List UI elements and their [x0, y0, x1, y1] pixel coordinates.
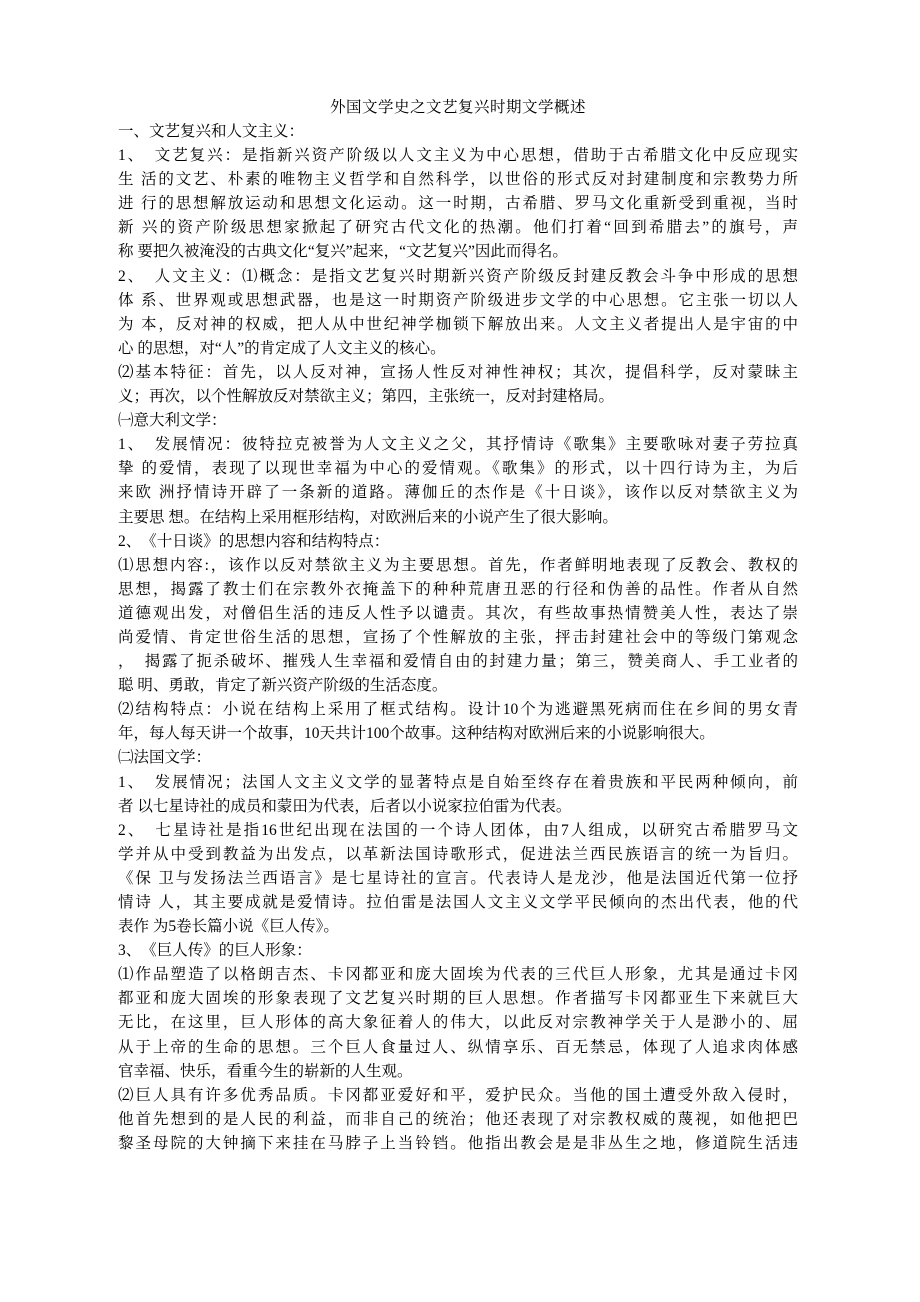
text-line: 心 的思想，对“人”的肯定成了人文主义的核心。	[118, 337, 798, 361]
text-line: 聪 明、勇敢，肯定了新兴资产阶级的生活态度。	[118, 674, 798, 698]
text-line: 都亚和庞大固埃的形象表现了文艺复兴时期的巨人思想。作者描写卡冈都亚生下来就巨大	[118, 987, 798, 1011]
text-line: 官幸福、快乐，看重今生的崭新的人生观。	[118, 1060, 798, 1084]
text-line: 思想，揭露了教士们在宗教外衣掩盖下的种种荒唐丑恶的行径和伪善的品性。作者从自然	[118, 578, 798, 602]
text-line: 3、 《巨人传》的巨人形象：	[118, 939, 798, 963]
text-line: 2、 人文主义：⑴概念：是指文艺复兴时期新兴资产阶级反封建反教会斗争中形成的思想	[118, 265, 798, 289]
text-line: 来欧 洲抒情诗开辟了一条新的道路。薄伽丘的杰作是《十日谈》，该作以反对禁欲主义为	[118, 481, 798, 505]
text-line: 1、 文艺复兴：是指新兴资产阶级以人文主义为中心思想，借助于古希腊文化中反应现实	[118, 144, 798, 168]
text-line: 1、 发展情况；法国人文主义文学的显著特点是自始至终存在着贵族和平民两种倾向，前	[118, 771, 798, 795]
text-line: 新 兴的资产阶级思想家掀起了研究古代文化的热潮。他们打着“回到希腊去”的旗号，声	[118, 216, 798, 240]
text-line: 年，每人每天讲一个故事，10天共计100个故事。这种结构对欧洲后来的小说影响很大…	[118, 722, 798, 746]
text-line: 2、 七星诗社是指16世纪出现在法国的一个诗人团体，由7人组成，以研究古希腊罗马…	[118, 819, 798, 843]
text-line: 从于上帝的生命的思想。三个巨人食量过人、纵情享乐、百无禁忌，体现了人追求肉体感	[118, 1036, 798, 1060]
text-line: 他首先想到的是人民的利益，而非自己的统治；他还表现了对宗教权威的蔑视，如他把巴	[118, 1108, 798, 1132]
text-line: 尚爱情、肯定世俗生活的思想，宣扬了个性解放的主张，抨击封建社会中的等级门第观念	[118, 626, 798, 650]
document-body: 一、文艺复兴和人文主义：1、 文艺复兴：是指新兴资产阶级以人文主义为中心思想，借…	[118, 120, 798, 1156]
text-line: 进 行的思想解放运动和思想文化运动。这一时期，古希腊、罗马文化重新受到重视，当时	[118, 192, 798, 216]
text-line: 生 活的文艺、朴素的唯物主义哲学和自然科学，以世俗的形式反对封建制度和宗教势力所	[118, 168, 798, 192]
text-line: 情诗 人，其主要成就是爱情诗。拉伯雷是法国人文主义文学平民倾向的杰出代表，他的代	[118, 891, 798, 915]
text-line: 挚 的爱情，表现了以现世幸福为中心的爱情观。《歌集》的形式，以十四行诗为主，为后	[118, 457, 798, 481]
text-line: 《保 卫与发扬法兰西语言》是七星诗社的宣言。代表诗人是龙沙，他是法国近代第一位抒	[118, 867, 798, 891]
text-line: 2、 《十日谈》的思想内容和结构特点：	[118, 530, 798, 554]
text-line: 主要思 想。在结构上采用框形结构，对欧洲后来的小说产生了很大影响。	[118, 506, 798, 530]
text-line: 一、文艺复兴和人文主义：	[118, 120, 798, 144]
text-line: ㈠意大利文学：	[118, 409, 798, 433]
text-line: 者 以七星诗社的成员和蒙田为代表，后者以小说家拉伯雷为代表。	[118, 795, 798, 819]
text-line: 无比，在这里，巨人形体的高大象征着人的伟大，以此反对宗教神学关于人是渺小的、屈	[118, 1011, 798, 1035]
text-line: ⑴作品塑造了以格朗吉杰、卡冈都亚和庞大固埃为代表的三代巨人形象，尤其是通过卡冈	[118, 963, 798, 987]
text-line: ⑴思想内容:，该作以反对禁欲主义为主要思想。首先，作者鲜明地表现了反教会、教权的	[118, 554, 798, 578]
text-line: 学并从中受到教益为出发点，以革新法国诗歌形式，促进法兰西民族语言的统一为旨归。	[118, 843, 798, 867]
text-line: 1、 发展情况：彼特拉克被誉为人文主义之父，其抒情诗《歌集》主要歌咏对妻子劳拉真	[118, 433, 798, 457]
text-line: 义；再次，以个性解放反对禁欲主义；第四，主张统一，反对封建格局。	[118, 385, 798, 409]
text-line: 称 要把久被淹没的古典文化“复兴”起来，“文艺复兴”因此而得名。	[118, 240, 798, 264]
text-line: ⑵巨人具有许多优秀品质。卡冈都亚爱好和平，爱护民众。当他的国土遭受外敌入侵时，	[118, 1084, 798, 1108]
text-line: 体 系、世界观或思想武器，也是这一时期资产阶级进步文学的中心思想。它主张一切以人	[118, 289, 798, 313]
text-line: ， 揭露了扼杀破坏、摧残人生幸福和爱情自由的封建力量；第三，赞美商人、手工业者的	[118, 650, 798, 674]
text-line: 为 本，反对神的权威，把人从中世纪神学枷锁下解放出来。人文主义者提出人是宇宙的中	[118, 313, 798, 337]
text-line: ⑵基本特征：首先，以人反对神，宣扬人性反对神性神权；其次，提倡科学，反对蒙昧主	[118, 361, 798, 385]
document-page: 外国文学史之文艺复兴时期文学概述 一、文艺复兴和人文主义：1、 文艺复兴：是指新…	[0, 0, 920, 1302]
text-line: ㈡法国文学：	[118, 746, 798, 770]
text-line: 黎圣母院的大钟摘下来挂在马脖子上当铃铛。他指出教会是是非丛生之地，修道院生活违	[118, 1132, 798, 1156]
text-line: 表作 为5卷长篇小说《巨人传》。	[118, 915, 798, 939]
document-title: 外国文学史之文艺复兴时期文学概述	[118, 96, 798, 120]
text-line: 道德观出发，对僧侣生活的违反人性予以谴责。其次，有些故事热情赞美人性，表达了崇	[118, 602, 798, 626]
text-line: ⑵结构特点：小说在结构上采用了框式结构。设计10个为逃避黑死病而住在乡间的男女青	[118, 698, 798, 722]
